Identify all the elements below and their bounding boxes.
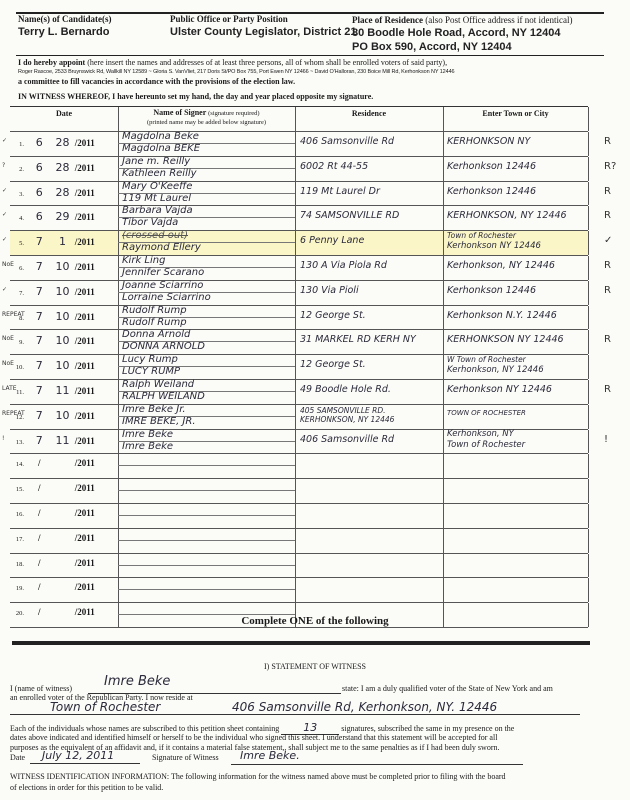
town-cell[interactable]: KERHONKSON NY 12446 [447,334,587,345]
row-number: 16. [10,511,24,518]
date-year: /2011 [75,458,95,468]
header-date: Date [10,109,118,118]
col-divider [443,504,444,528]
sig-witness-line [231,764,523,765]
town-cell[interactable]: TOWN OF ROCHESTER [447,409,587,417]
date-cell: 19. / /2011 [10,582,118,592]
office-value: Ulster County Legislator, District 21 [170,26,356,38]
row-number: 7. [10,290,24,297]
review-mark: ! [604,434,608,445]
residence-cell[interactable]: 74 SAMSONVILLE RD [300,210,445,221]
table-row: REPEAT 12. 7 10 /2011 Imre Beke Jr. IMRE… [10,405,588,430]
statement-title: I) STATEMENT OF WITNESS [0,662,630,671]
col-divider [588,281,589,305]
row-number: 13. [10,439,24,446]
signature-midline [118,540,295,541]
date-day[interactable]: 28 [53,161,73,174]
date-day[interactable]: 29 [53,210,73,223]
residence-cell[interactable]: 31 MARKEL RD KERH NY [300,334,445,345]
col-divider [588,231,589,255]
col-divider [295,504,296,528]
date-year: /2011 [75,212,95,222]
margin-annotation: ✓ [2,211,7,218]
date-cell: 3. 6 28 /2011 [10,186,118,199]
appointment-intro: I do hereby appoint (here insert the nam… [18,58,618,67]
town-value: Kerhonkson NY 12446 [447,241,587,252]
printed-name[interactable]: 119 Mt Laurel [122,193,191,204]
table-row: 15. / /2011 [10,479,588,504]
residence-line [10,714,580,715]
margin-annotation: ? [2,162,5,169]
col-divider [588,256,589,280]
date-cell: 16. / /2011 [10,508,118,518]
residence-cell[interactable]: 12 George St. [300,359,445,370]
count-prefix: Each of the individuals whose names are … [10,724,279,733]
town-value: KERHONKSON NY [447,136,587,147]
date-year: /2011 [75,336,95,346]
col-divider [443,554,444,578]
residence-cell[interactable]: 130 A Via Piola Rd [300,260,445,271]
date-cell: 6. 7 10 /2011 [10,260,118,273]
header-signer-note: (signature required) [208,110,259,117]
col-divider [588,157,589,181]
table-row: 18. / /2011 [10,554,588,579]
town-value: Kerhonkson NY 12446 [447,384,587,395]
residence-value: 31 MARKEL RD KERH NY [300,334,445,345]
residence-value: 405 SAMSONVILLE RD. [300,406,445,415]
residence-value: 130 Via Pioli [300,285,445,296]
table-row: 16. / /2011 [10,504,588,529]
col-divider [295,281,296,305]
row-number: 12. [10,414,24,421]
town-value: Kerhonkson 12446 [447,186,587,197]
date-year: /2011 [75,436,95,446]
col-divider [443,529,444,553]
row-number: 8. [10,315,24,322]
col-divider [295,231,296,255]
date-month[interactable]: / [28,483,50,493]
date-day[interactable]: 10 [53,359,73,372]
date-month[interactable]: 7 [28,434,50,447]
date-cell: 5. 7 1 /2011 [10,235,118,248]
printed-name[interactable]: Magdolna BEKE [122,143,200,154]
col-divider [295,529,296,553]
row-number: 15. [10,486,24,493]
residence-line1: 80 Boodle Hole Road, Accord, NY 12404 [352,27,560,39]
residence-label: Place of Residence (also Post Office add… [352,15,573,25]
witness-whereof: IN WITNESS WHEREOF, I have hereunto set … [18,92,373,101]
header-signer-label: Name of Signer [153,108,206,117]
table-row: 14. / /2011 [10,454,588,479]
town-value: Kerhonkson 12446 [447,161,587,172]
town-value: Kerhonkson N.Y. 12446 [447,310,587,321]
col-divider [443,479,444,503]
col-divider [295,380,296,404]
row-number: 4. [10,215,24,222]
date-day[interactable]: 10 [53,310,73,323]
table-row: ! 13. 7 11 /2011 Imre Beke Imre Beke 406… [10,430,588,455]
date-year: /2011 [75,188,95,198]
sig-witness-label: Signature of Witness [152,753,219,762]
col-divider [295,578,296,602]
review-mark: R [604,136,611,147]
row-number: 11. [10,389,24,396]
printed-name[interactable]: Imre Beke [122,441,173,452]
town-cell[interactable]: W Town of Rochester Kerhonkson, NY 12446 [447,354,587,376]
col-divider [588,454,589,478]
table-row: ✓ 1. 6 28 /2011 Magdolna Beke Magdolna B… [10,132,588,157]
residence-value: 406 Samsonville Rd [300,136,445,147]
review-mark: R [604,334,611,345]
date-year: /2011 [75,483,95,493]
table-row: ? 2. 6 28 /2011 Jane m. Reilly Kathleen … [10,157,588,182]
signature[interactable]: Mary O'Keeffe [122,181,192,192]
row-number: 2. [10,166,24,173]
row-number: 3. [10,191,24,198]
signature-midline [118,490,295,491]
printed-name[interactable]: Kathleen Reilly [122,168,197,179]
appointment-lead: I do hereby appoint [18,58,85,67]
signature-midline [118,565,295,566]
residence-cell[interactable]: 406 Samsonville Rd [300,434,445,445]
row-number: 9. [10,339,24,346]
margin-annotation: ✓ [2,187,7,194]
date-month[interactable]: 7 [28,285,50,298]
date-month[interactable]: 7 [28,235,50,248]
col-divider [588,578,589,602]
printed-name[interactable]: Jennifer Scarano [122,267,204,278]
residence-value: 74 SAMSONVILLE RD [300,210,445,221]
date-month[interactable]: / [28,533,50,543]
col-divider [295,554,296,578]
date-day[interactable]: 1 [53,235,73,248]
table-row: ✓ 5. 7 1 /2011 (crossed out) Raymond Ell… [10,231,588,256]
signature[interactable]: Jane m. Reilly [122,156,190,167]
col-divider [295,256,296,280]
review-mark: R [604,285,611,296]
town-cell[interactable]: Town of Rochester Kerhonkson NY 12446 [447,230,587,252]
date-year: /2011 [75,508,95,518]
col-divider [295,132,296,156]
date-cell: 13. 7 11 /2011 [10,434,118,447]
col-divider [588,529,589,553]
table-row: ✓ 3. 6 28 /2011 Mary O'Keeffe 119 Mt Lau… [10,182,588,207]
residence-line2: PO Box 590, Accord, NY 12404 [352,41,512,53]
header-residence: Residence [295,109,443,118]
signature[interactable]: Ralph Weiland [122,379,194,390]
col-divider [295,157,296,181]
row-number: 17. [10,536,24,543]
witness-name-label: I (name of witness) [10,684,72,693]
margin-annotation: ! [2,435,4,442]
header-signer: Name of Signer (signature required) (pri… [118,108,295,126]
table-row: ✓ 7. 7 10 /2011 Joanne Sciarrino Lorrain… [10,281,588,306]
date-month[interactable]: / [28,558,50,568]
residence-value: 49 Boodle Hole Rd. [300,384,445,395]
date-day[interactable]: 11 [53,434,73,447]
date-day[interactable]: 28 [53,186,73,199]
residence-cell[interactable]: 6002 Rt 44-55 [300,161,445,172]
date-month[interactable]: / [28,582,50,592]
col-divider [295,405,296,429]
date-cell: 11. 7 11 /2011 [10,384,118,397]
signature[interactable]: Kirk Ling [122,255,165,266]
printed-name[interactable]: Lorraine Sciarrino [122,292,211,303]
town-value: TOWN OF ROCHESTER [447,409,587,417]
committee-purpose: a committee to fill vacancies in accorda… [18,77,295,86]
date-month[interactable]: 6 [28,186,50,199]
candidate-name: Terry L. Bernardo [18,26,110,38]
col-divider [588,107,589,131]
printed-name[interactable]: Rudolf Rump [122,317,187,328]
town-value: Kerhonkson 12446 [447,285,587,296]
date-year: /2011 [75,163,95,173]
id-info-line2: of elections in order for this petition … [10,783,163,792]
witness-town-field[interactable]: Town of Rochester [50,700,160,714]
date-month[interactable]: / [28,458,50,468]
date-label: Date [10,753,25,762]
printed-name[interactable]: RALPH WEILAND [122,391,205,402]
town-cell[interactable]: KERHONKSON NY [447,136,587,147]
date-cell: 10. 7 10 /2011 [10,359,118,372]
town-value: KERHONKSON, NY 12446 [447,210,587,221]
printed-name[interactable]: Tibor Vajda [122,217,178,228]
town-line1: W Town of Rochester [447,354,587,365]
signature-midline [118,589,295,590]
residence-value-2: KERHONKSON, NY 12446 [300,415,445,424]
date-year: /2011 [75,138,95,148]
table-row: NoE 9. 7 10 /2011 Donna Arnold DONNA ARN… [10,330,588,355]
complete-one-heading: Complete ONE of the following [0,615,630,627]
date-cell: 2. 6 28 /2011 [10,161,118,174]
signature[interactable]: Lucy Rump [122,354,178,365]
col-divider [588,355,589,379]
printed-name[interactable]: IMRE BEKE, JR. [122,416,196,427]
town-cell[interactable]: Kerhonkson 12446 [447,161,587,172]
residence-cell[interactable]: 130 Via Pioli [300,285,445,296]
residence-cell[interactable]: 119 Mt Laurel Dr [300,186,445,197]
date-month[interactable]: 6 [28,210,50,223]
header-bottom-rule [16,55,604,56]
col-divider [588,306,589,330]
date-cell: 15. / /2011 [10,483,118,493]
town-value: KERHONKSON NY 12446 [447,334,587,345]
date-month[interactable]: 7 [28,334,50,347]
residence-value: 119 Mt Laurel Dr [300,186,445,197]
residence-cell[interactable]: 49 Boodle Hole Rd. [300,384,445,395]
printed-name[interactable]: DONNA ARNOLD [122,341,205,352]
col-divider [295,479,296,503]
date-month[interactable]: / [28,508,50,518]
row-number: 1. [10,141,24,148]
col-divider [588,554,589,578]
date-year: /2011 [75,558,95,568]
col-divider [295,430,296,454]
table-body: ✓ 1. 6 28 /2011 Magdolna Beke Magdolna B… [10,132,588,628]
date-day[interactable]: 28 [53,136,73,149]
date-day[interactable]: 10 [53,409,73,422]
row-number: 6. [10,265,24,272]
date-year: /2011 [75,533,95,543]
col-divider [443,107,444,131]
review-mark: R [604,210,611,221]
town-cell[interactable]: Kerhonkson 12446 [447,186,587,197]
town-cell[interactable]: Kerhonkson NY 12446 [447,384,587,395]
col-divider [295,107,296,131]
date-line [30,763,140,764]
date-day[interactable]: 10 [53,260,73,273]
residence-value: 12 George St. [300,310,445,321]
residence-value: 130 A Via Piola Rd [300,260,445,271]
date-cell: 14. / /2011 [10,458,118,468]
col-divider [295,330,296,354]
date-cell: 17. / /2011 [10,533,118,543]
signature[interactable]: Imre Beke Jr. [122,404,186,415]
date-year: /2011 [75,582,95,592]
residence-value: 6 Penny Lane [300,235,445,246]
col-divider [295,206,296,230]
date-year: /2011 [75,386,95,396]
thick-rule [12,641,590,645]
town-value: Kerhonkson, NY 12446 [447,365,587,376]
review-mark: R [604,384,611,395]
town-cell[interactable]: Kerhonkson 12446 [447,285,587,296]
residence-value: 6002 Rt 44-55 [300,161,445,172]
town-line1: Town of Rochester [447,230,587,241]
date-year: /2011 [75,361,95,371]
date-cell: 8. 7 10 /2011 [10,310,118,323]
residence-label-note: (also Post Office address if not identic… [425,15,572,25]
witness-name-field[interactable]: Imre Beke [104,674,170,689]
residence-value: 406 Samsonville Rd [300,434,445,445]
margin-annotation: ✓ [2,137,7,144]
signature[interactable]: (crossed out) [122,230,188,241]
sig-witness-field[interactable]: Imre Beke. [240,749,300,762]
date-cell: 9. 7 10 /2011 [10,334,118,347]
town-cell[interactable]: KERHONKSON, NY 12446 [447,210,587,221]
date-day[interactable]: 11 [53,384,73,397]
count-suffix: signatures, subscribed the same in my pr… [341,724,514,733]
table-row: NoE 6. 7 10 /2011 Kirk Ling Jennifer Sca… [10,256,588,281]
signature-midline [118,515,295,516]
date-year: /2011 [75,287,95,297]
col-divider [443,454,444,478]
witness-state-text: state: I am a duly qualified voter of th… [342,684,553,693]
col-divider [118,107,119,131]
residence-cell[interactable]: 406 Samsonville Rd [300,136,445,147]
signature-table: Date Name of Signer (signature required)… [10,106,588,628]
col-divider [443,578,444,602]
office-label: Public Office or Party Position [170,14,288,24]
table-row: NoE 10. 7 10 /2011 Lucy Rump LUCY RUMP 1… [10,355,588,380]
residence-cell[interactable]: 405 SAMSONVILLE RD. KERHONKSON, NY 12446 [300,409,445,424]
review-mark: R [604,186,611,197]
date-cell: 4. 6 29 /2011 [10,210,118,223]
col-divider [588,380,589,404]
candidate-label: Name(s) of Candidate(s) [18,14,112,24]
printed-name[interactable]: LUCY RUMP [122,366,180,377]
margin-annotation: ✓ [2,286,7,293]
committee-names: Roger Rascoe, 2533 Bruynswick Rd, Wallki… [18,69,618,75]
margin-annotation: ✓ [2,236,7,243]
col-divider [588,182,589,206]
table-row: 19. / /2011 [10,578,588,603]
table-header: Date Name of Signer (signature required)… [10,106,588,132]
header-town: Enter Town or City [443,109,588,118]
row-number: 19. [10,585,24,592]
col-divider [588,132,589,156]
signature[interactable]: Donna Arnold [122,329,190,340]
row-number: 5. [10,240,24,247]
col-divider [295,182,296,206]
date-month[interactable]: 7 [28,260,50,273]
residence-value: 12 George St. [300,359,445,370]
col-divider [588,504,589,528]
table-row: REPEAT 8. 7 10 /2011 Rudolf Rump Rudolf … [10,306,588,331]
town-cell[interactable]: Kerhonkson N.Y. 12446 [447,310,587,321]
town-cell[interactable]: Kerhonkson, NY 12446 [447,260,587,271]
date-cell: 18. / /2011 [10,558,118,568]
town-cell[interactable]: Kerhonkson, NY Town of Rochester [447,429,587,451]
residence-label-text: Place of Residence [352,15,423,25]
date-month[interactable]: 7 [28,384,50,397]
date-month[interactable]: 7 [28,310,50,323]
signature[interactable]: Magdolna Beke [122,131,199,142]
town-value: Kerhonkson, NY [447,429,587,440]
date-cell: 12. 7 10 /2011 [10,409,118,422]
col-divider [588,430,589,454]
signature[interactable]: Barbara Vajda [122,205,193,216]
table-row: ✓ 4. 6 29 /2011 Barbara Vajda Tibor Vajd… [10,206,588,231]
date-year: /2011 [75,411,95,421]
date-field[interactable]: July 12, 2011 [42,749,114,762]
col-divider [588,405,589,429]
table-row: 17. / /2011 [10,529,588,554]
date-month[interactable]: 6 [28,136,50,149]
row-number: 10. [10,364,24,371]
date-day[interactable]: 10 [53,334,73,347]
table-row: LATE 11. 7 11 /2011 Ralph Weiland RALPH … [10,380,588,405]
date-year: /2011 [75,312,95,322]
row-number: 18. [10,561,24,568]
date-month[interactable]: 6 [28,161,50,174]
signature[interactable]: Joanne Sciarrino [122,280,203,291]
review-mark: R? [604,161,616,172]
date-month[interactable]: 7 [28,409,50,422]
signature[interactable]: Imre Beke [122,429,173,440]
signature-midline [118,465,295,466]
residence-cell[interactable]: 12 George St. [300,310,445,321]
date-day[interactable]: 10 [53,285,73,298]
review-mark: ✓ [604,235,612,246]
col-divider [295,355,296,379]
col-divider [588,330,589,354]
header-signer-note2: (printed name may be added below signatu… [147,119,266,126]
date-year: /2011 [75,262,95,272]
residence-cell[interactable]: 6 Penny Lane [300,235,445,246]
date-month[interactable]: 7 [28,359,50,372]
signature[interactable]: Rudolf Rump [122,305,187,316]
col-divider [588,206,589,230]
town-value: Kerhonkson, NY 12446 [447,260,587,271]
statement-line2: dates above indicated and identified him… [10,733,497,742]
review-mark: R [604,260,611,271]
date-cell: 1. 6 28 /2011 [10,136,118,149]
printed-name[interactable]: Raymond Ellery [122,242,201,253]
row-number: 14. [10,461,24,468]
col-divider [295,454,296,478]
witness-address-field[interactable]: 406 Samsonville Rd, Kerhonkson, NY. 1244… [232,700,497,714]
